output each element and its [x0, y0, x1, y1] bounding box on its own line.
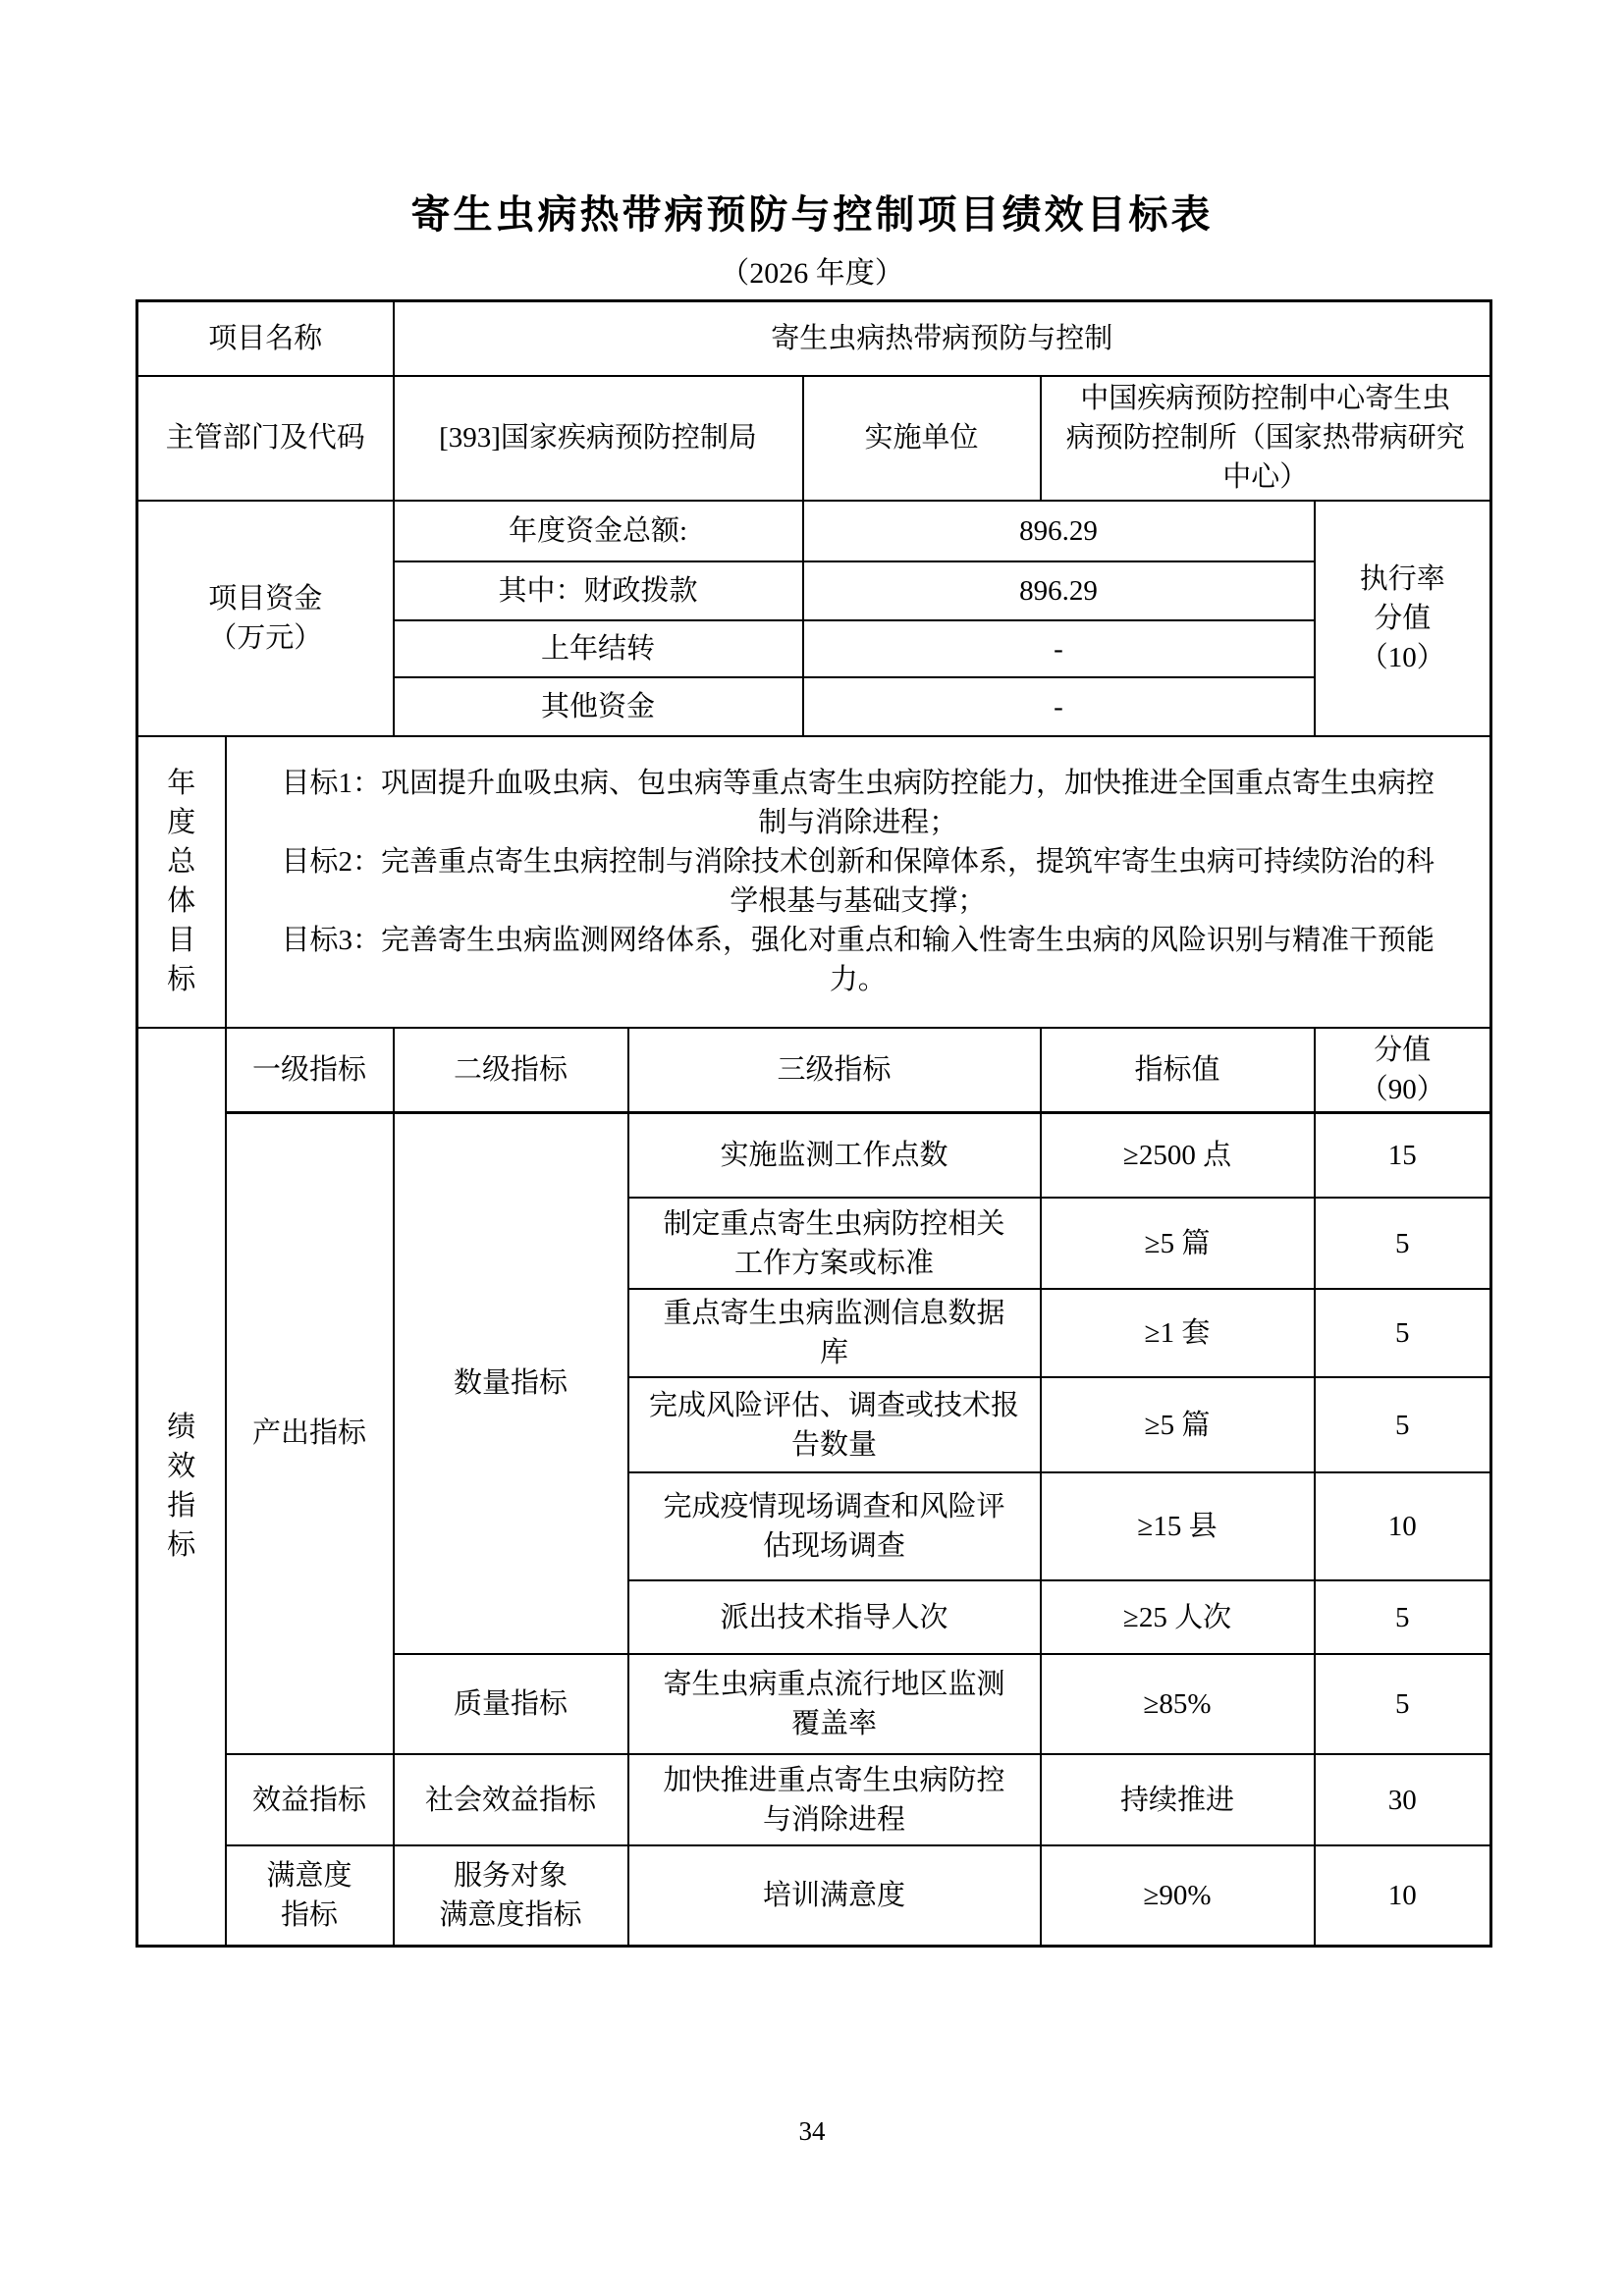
level1-benefit-label: 效益指标: [226, 1754, 394, 1845]
indicator-l3: 培训满意度: [628, 1845, 1041, 1946]
project-name-row: 项目名称 寄生虫病热带病预防与控制: [137, 301, 1491, 376]
project-name-label: 项目名称: [137, 301, 394, 376]
level1-output-label: 产出指标: [226, 1112, 394, 1754]
header-level2: 二级指标: [394, 1028, 628, 1113]
indicators-header-row: 绩 效 指 标 一级指标 二级指标 三级指标 指标值 分值 （90）: [137, 1028, 1491, 1113]
funding-fiscal-label: 其中：财政拨款: [394, 561, 803, 620]
indicator-row: 满意度 指标 服务对象 满意度指标 培训满意度 ≥90% 10: [137, 1845, 1491, 1946]
indicator-score: 10: [1315, 1472, 1491, 1580]
annual-goals-row: 年 度 总 体 目 标 目标1：巩固提升血吸虫病、包虫病等重点寄生虫病防控能力，…: [137, 736, 1491, 1028]
indicator-l3: 实施监测工作点数: [628, 1112, 1041, 1198]
page-number: 34: [0, 2116, 1624, 2147]
funding-carryover-label: 上年结转: [394, 620, 803, 677]
level2-social-benefit-label: 社会效益指标: [394, 1754, 628, 1845]
funding-carryover-value: -: [803, 620, 1315, 677]
execution-rate-score-label: 执行率 分值 （10）: [1315, 501, 1491, 736]
indicator-score: 5: [1315, 1289, 1491, 1377]
indicator-value: ≥1 套: [1041, 1289, 1315, 1377]
performance-target-table: 项目名称 寄生虫病热带病预防与控制 主管部门及代码 [393]国家疾病预防控制局…: [135, 299, 1492, 1948]
annual-goals-content: 目标1：巩固提升血吸虫病、包虫病等重点寄生虫病防控能力，加快推进全国重点寄生虫病…: [226, 736, 1491, 1028]
indicator-l3: 完成疫情现场调查和风险评 估现场调查: [628, 1472, 1041, 1580]
indicator-value: ≥85%: [1041, 1654, 1315, 1754]
department-value: [393]国家疾病预防控制局: [394, 376, 803, 501]
page-subtitle: （2026 年度）: [0, 255, 1624, 293]
funding-total-label: 年度资金总额:: [394, 501, 803, 561]
department-row: 主管部门及代码 [393]国家疾病预防控制局 实施单位 中国疾病预防控制中心寄生…: [137, 376, 1491, 501]
indicator-score: 5: [1315, 1654, 1491, 1754]
funding-label: 项目资金 （万元）: [137, 501, 394, 736]
funding-total-value: 896.29: [803, 501, 1315, 561]
indicator-value: ≥15 县: [1041, 1472, 1315, 1580]
indicator-score: 30: [1315, 1754, 1491, 1845]
document-page: 寄生虫病热带病预防与控制项目绩效目标表 （2026 年度） 项目名称 寄生虫病热…: [0, 0, 1624, 2296]
department-label: 主管部门及代码: [137, 376, 394, 501]
performance-indicators-label: 绩 效 指 标: [137, 1028, 226, 1947]
page-title: 寄生虫病热带病预防与控制项目绩效目标表: [0, 189, 1624, 240]
indicator-l3: 重点寄生虫病监测信息数据 库: [628, 1289, 1041, 1377]
indicator-value: ≥5 篇: [1041, 1377, 1315, 1472]
annual-goals-label: 年 度 总 体 目 标: [137, 736, 226, 1028]
indicator-l3: 寄生虫病重点流行地区监测 覆盖率: [628, 1654, 1041, 1754]
indicator-l3: 完成风险评估、调查或技术报 告数量: [628, 1377, 1041, 1472]
indicator-value: 持续推进: [1041, 1754, 1315, 1845]
header-indicator-value: 指标值: [1041, 1028, 1315, 1113]
indicator-l3: 加快推进重点寄生虫病防控 与消除进程: [628, 1754, 1041, 1845]
indicator-value: ≥5 篇: [1041, 1198, 1315, 1289]
indicator-score: 5: [1315, 1377, 1491, 1472]
header-level3: 三级指标: [628, 1028, 1041, 1113]
level2-service-satisfaction-label: 服务对象 满意度指标: [394, 1845, 628, 1946]
level2-quantity-label: 数量指标: [394, 1112, 628, 1654]
indicator-row: 效益指标 社会效益指标 加快推进重点寄生虫病防控 与消除进程 持续推进 30: [137, 1754, 1491, 1845]
indicator-row: 产出指标 数量指标 实施监测工作点数 ≥2500 点 15: [137, 1112, 1491, 1198]
indicator-value: ≥25 人次: [1041, 1580, 1315, 1654]
indicator-l3: 派出技术指导人次: [628, 1580, 1041, 1654]
funding-other-value: -: [803, 677, 1315, 736]
implement-unit-value: 中国疾病预防控制中心寄生虫 病预防控制所（国家热带病研究 中心）: [1041, 376, 1491, 501]
indicator-l3: 制定重点寄生虫病防控相关 工作方案或标准: [628, 1198, 1041, 1289]
project-name-value: 寄生虫病热带病预防与控制: [394, 301, 1491, 376]
funding-row: 项目资金 （万元） 年度资金总额: 896.29 执行率 分值 （10）: [137, 501, 1491, 561]
indicator-value: ≥2500 点: [1041, 1112, 1315, 1198]
indicator-score: 10: [1315, 1845, 1491, 1946]
level1-satisfaction-label: 满意度 指标: [226, 1845, 394, 1946]
header-score: 分值 （90）: [1315, 1028, 1491, 1113]
indicator-value: ≥90%: [1041, 1845, 1315, 1946]
indicator-score: 5: [1315, 1580, 1491, 1654]
header-level1: 一级指标: [226, 1028, 394, 1113]
implement-unit-label: 实施单位: [803, 376, 1041, 501]
funding-other-label: 其他资金: [394, 677, 803, 736]
indicator-score: 15: [1315, 1112, 1491, 1198]
level2-quality-label: 质量指标: [394, 1654, 628, 1754]
indicator-score: 5: [1315, 1198, 1491, 1289]
funding-fiscal-value: 896.29: [803, 561, 1315, 620]
